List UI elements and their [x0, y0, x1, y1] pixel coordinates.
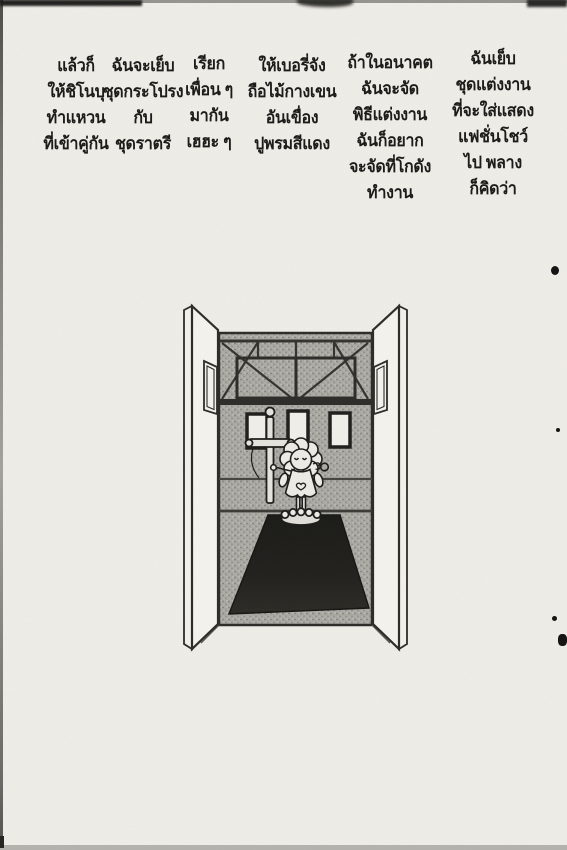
binding-dot [558, 634, 567, 646]
dialogue-line: ฉันจะจัด [338, 76, 442, 103]
scan-artifact-bottom-band [0, 845, 567, 850]
dialogue-column-5: ถ้าในอนาคต ฉันจะจัด พิธีแต่งงาน ฉันก็อยา… [338, 51, 442, 207]
mascot-dress [286, 470, 317, 498]
scan-artifact-bottom-left-mark [0, 836, 4, 848]
dialogue-line: ถือไม้กางเขน [244, 79, 340, 106]
dialogue-line: เรียก [174, 51, 244, 78]
threshold-lines [201, 625, 390, 643]
scan-artifact-top-line [0, 0, 567, 3]
round-pedestal [281, 508, 320, 525]
right-door [373, 306, 407, 649]
dialogue-line: พิธีแต่งงาน [338, 102, 442, 129]
wall-beam [219, 399, 372, 405]
left-door-edge [184, 306, 192, 649]
manga-page: แล้วก็ ให้ชิโนบุ ทำแหวน ที่เข้าคู่กัน ฉั… [0, 0, 567, 850]
dialogue-line: เฮฮะ ๆ [174, 129, 244, 156]
dialogue-column-4: ให้เบอรี่จัง ถือไม้กางเขน อันเขื่อง ปูพร… [244, 54, 340, 158]
scan-artifact-top-right [527, 0, 567, 7]
binding-dot [551, 266, 559, 275]
dialogue-line: ทำงาน [338, 180, 442, 207]
dialogue-line: เพื่อน ๆ [174, 77, 244, 104]
dialogue-line: ที่จะใส่แสดง [438, 98, 548, 125]
dialogue-column-3: เรียก เพื่อน ๆ มากัน เฮฮะ ๆ [174, 52, 244, 156]
dialogue-line: จะจัดที่โกดัง [338, 154, 442, 181]
mascot-hand [271, 465, 277, 471]
right-door-edge [399, 306, 407, 649]
binding-dot [556, 428, 560, 432]
left-door-face [192, 306, 218, 649]
scan-artifact-top-band [0, 0, 142, 6]
dialogue-line: อันเขื่อง [244, 105, 340, 132]
dialogue-line: มากัน [174, 103, 244, 130]
dialogue-line: ฉันเย็บ [438, 46, 548, 73]
dialogue-line: แฟชั่นโชว์ [438, 124, 548, 151]
left-door-window [204, 361, 217, 414]
left-door [184, 306, 218, 649]
dialogue-column-6: ฉันเย็บ ชุดแต่งงาน ที่จะใส่แสดง แฟชั่นโช… [438, 47, 548, 203]
dialogue-line: ให้เบอรี่จัง [244, 53, 340, 80]
scan-artifact-left-edge-line [0, 0, 3, 850]
right-door-face [373, 306, 399, 649]
wall-window-right [330, 413, 350, 447]
dialogue-line: ก็คิดว่า [438, 176, 548, 203]
dialogue-line: ฉันก็อยาก [338, 128, 442, 155]
mascot-face [291, 449, 312, 470]
dialogue-line: ไป พลาง [438, 150, 548, 177]
binding-dot [552, 616, 557, 621]
dialogue-line: ชุดแต่งงาน [438, 72, 548, 99]
dialogue-line: ปูพรมสีแดง [244, 131, 340, 158]
scan-artifact-top-blob [297, 0, 353, 7]
warehouse-door-illustration [168, 292, 420, 658]
dialogue-line: ถ้าในอนาคต [338, 50, 442, 77]
right-door-window [374, 361, 387, 414]
